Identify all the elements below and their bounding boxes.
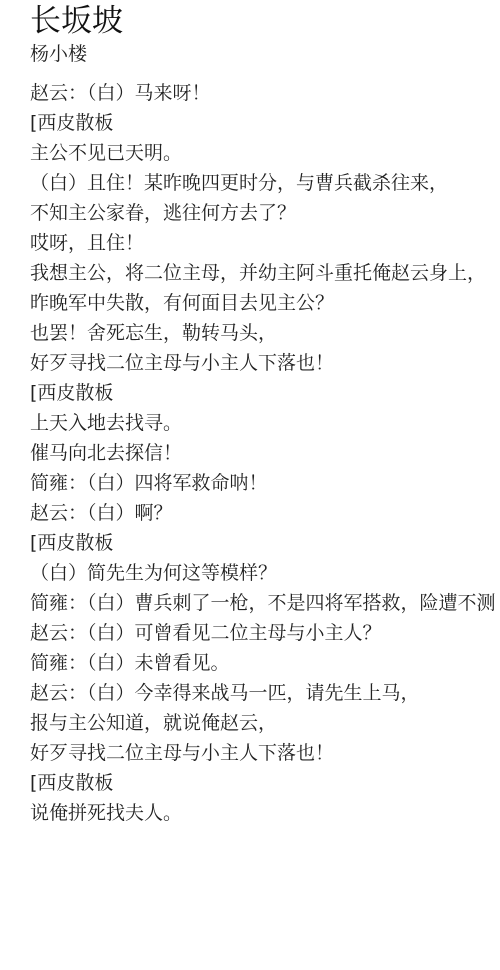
lyric-line: 上天入地去找寻。 (30, 408, 500, 438)
lyric-line: 哎呀，且住！ (30, 228, 500, 258)
lyric-line: [西皮散板 (30, 768, 500, 798)
lyric-line: 简雍：（白）未曾看见。 (30, 648, 500, 678)
lyric-line: [西皮散板 (30, 378, 500, 408)
lyrics-page: 长坂坡 杨小楼 赵云：（白）马来呀！ [西皮散板 主公不见已天明。 （白）且住！… (0, 0, 500, 828)
lyric-line: 不知主公家眷，逃往何方去了？ (30, 198, 500, 228)
lyric-line: 主公不见已天明。 (30, 138, 500, 168)
lyric-line: （白）简先生为何这等模样？ (30, 558, 500, 588)
song-title: 长坂坡 (30, 0, 500, 40)
lyric-line: [西皮散板 (30, 108, 500, 138)
lyric-line: 昨晚军中失散，有何面目去见主公？ (30, 288, 500, 318)
lyric-line: 好歹寻找二位主母与小主人下落也！ (30, 738, 500, 768)
lyric-line: 催马向北去探信！ (30, 438, 500, 468)
lyric-line: 赵云：（白）啊？ (30, 498, 500, 528)
lyric-line: 赵云：（白）马来呀！ (30, 78, 500, 108)
lyric-line: 赵云：（白）可曾看见二位主母与小主人？ (30, 618, 500, 648)
lyric-line: 报与主公知道，就说俺赵云， (30, 708, 500, 738)
lyrics-body: 赵云：（白）马来呀！ [西皮散板 主公不见已天明。 （白）且住！某昨晚四更时分，… (30, 78, 500, 828)
lyric-line: 我想主公，将二位主母，并幼主阿斗重托俺赵云身上， (30, 258, 500, 288)
lyric-line: 赵云：（白）今幸得来战马一匹，请先生上马， (30, 678, 500, 708)
lyric-line: 简雍：（白）四将军救命呐！ (30, 468, 500, 498)
lyric-line: 说俺拼死找夫人。 (30, 798, 500, 828)
lyric-line: [西皮散板 (30, 528, 500, 558)
song-artist: 杨小楼 (30, 40, 500, 68)
lyric-line: 也罢！舍死忘生，勒转马头， (30, 318, 500, 348)
lyric-line: 简雍：（白）曹兵刺了一枪，不是四将军搭救，险遭不测 (30, 588, 500, 618)
lyric-line: 好歹寻找二位主母与小主人下落也！ (30, 348, 500, 378)
lyric-line: （白）且住！某昨晚四更时分，与曹兵截杀往来， (30, 168, 500, 198)
